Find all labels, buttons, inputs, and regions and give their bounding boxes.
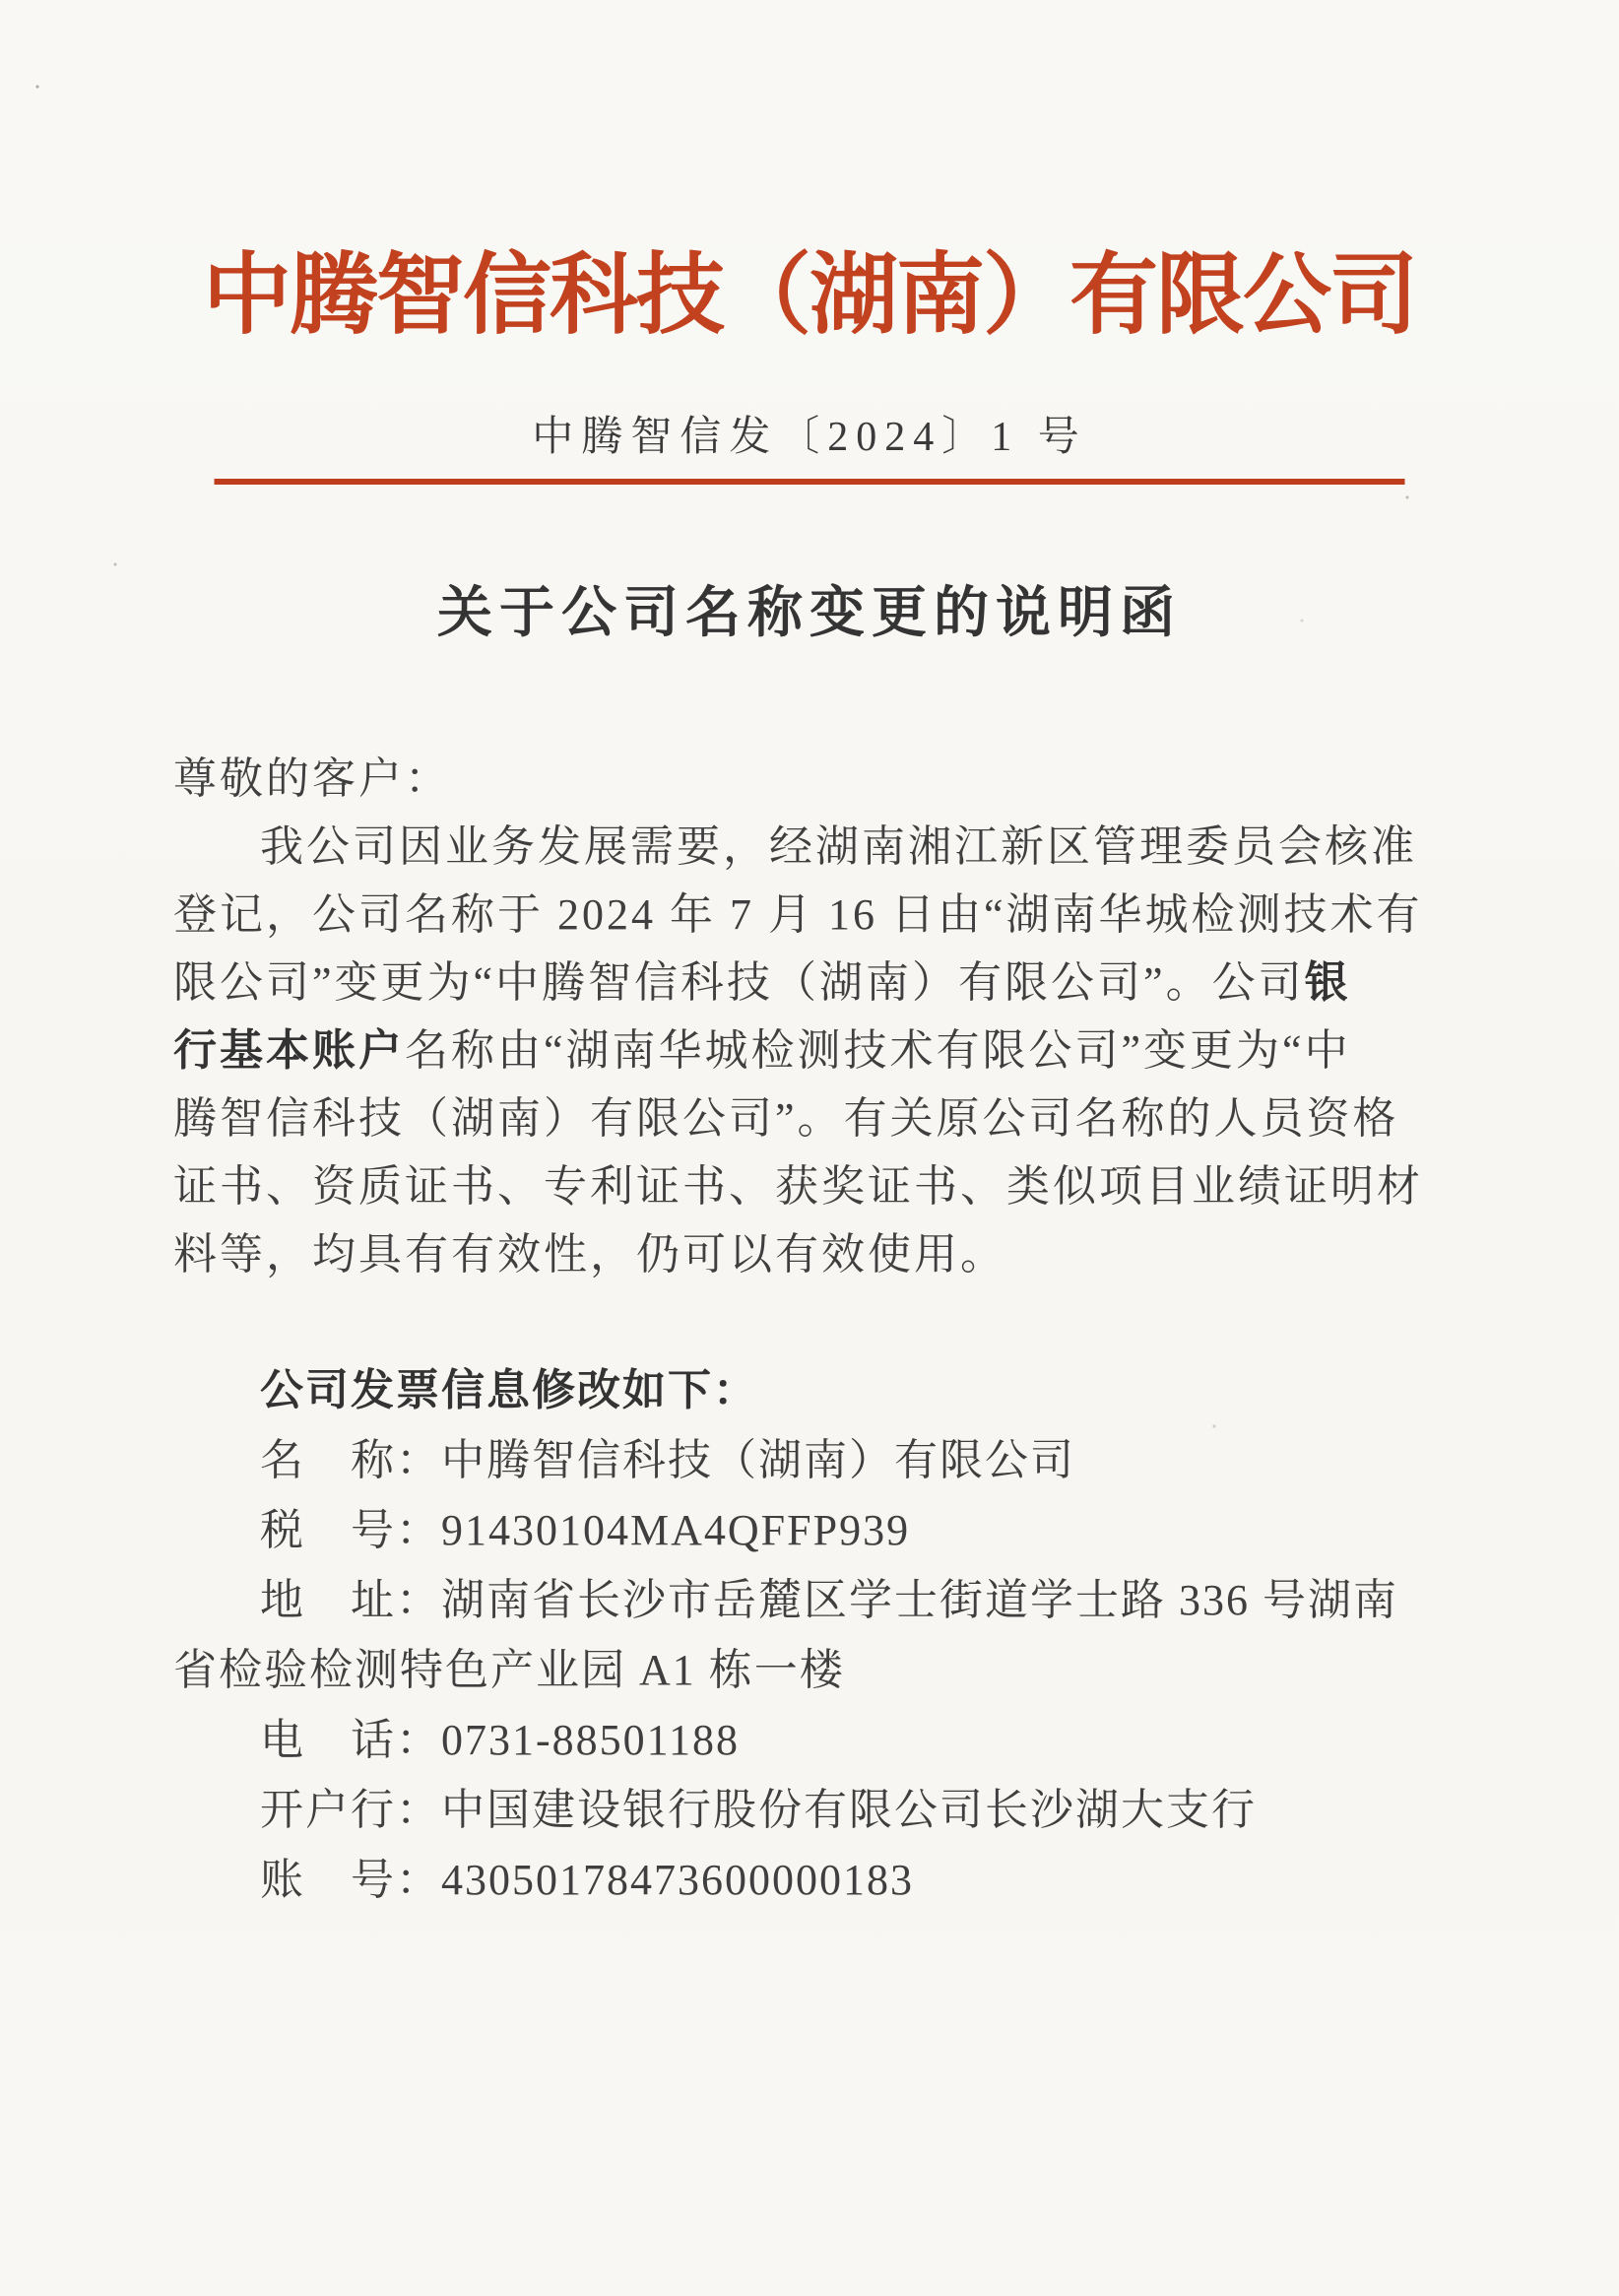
body-line: 尊敬的客户： <box>173 745 1454 813</box>
invoice-line: 开户行：中国建设银行股份有限公司长沙湖大支行 <box>173 1775 1454 1845</box>
invoice-line: 名 称：中腾智信科技（湖南）有限公司 <box>173 1425 1454 1495</box>
letterhead-rule <box>215 479 1405 485</box>
body-line: 我公司因业务发展需要，经湖南湘江新区管理委员会核准 <box>173 813 1454 881</box>
invoice-line: 账 号：43050178473600000183 <box>173 1845 1454 1915</box>
letterhead-company-name: 中腾智信科技（湖南）有限公司 <box>0 242 1619 351</box>
invoice-info-section: 公司发票信息修改如下： 名 称：中腾智信科技（湖南）有限公司税 号：914301… <box>173 1355 1454 1915</box>
invoice-lines: 名 称：中腾智信科技（湖南）有限公司税 号：91430104MA4QFFP939… <box>173 1425 1454 1915</box>
doc-number: 中腾智信发〔2024〕1 号 <box>0 408 1619 467</box>
body-line: 限公司”变更为“中腾智信科技（湖南）有限公司”。公司银 <box>173 949 1454 1017</box>
body-line: 登记，公司名称于 2024 年 7 月 16 日由“湖南华城检测技术有 <box>173 881 1454 949</box>
body-line: 料等，均具有有效性，仍可以有效使用。 <box>173 1220 1454 1288</box>
invoice-line: 地 址：湖南省长沙市岳麓区学士街道学士路 336 号湖南 <box>173 1565 1454 1635</box>
invoice-line: 省检验检测特色产业园 A1 栋一楼 <box>173 1635 1454 1705</box>
invoice-line: 电 话：0731-88501188 <box>173 1705 1454 1775</box>
body-line: 腾智信科技（湖南）有限公司”。有关原公司名称的人员资格 <box>173 1084 1454 1152</box>
document-title: 关于公司名称变更的说明函 <box>0 574 1619 653</box>
body-line: 行基本账户名称由“湖南华城检测技术有限公司”变更为“中 <box>173 1017 1454 1084</box>
invoice-section-header: 公司发票信息修改如下： <box>173 1355 1454 1425</box>
letter-body: 尊敬的客户：我公司因业务发展需要，经湖南湘江新区管理委员会核准登记，公司名称于 … <box>173 745 1454 1288</box>
invoice-line: 税 号：91430104MA4QFFP939 <box>173 1495 1454 1565</box>
document-page: 中腾智信科技（湖南）有限公司 中腾智信发〔2024〕1 号 关于公司名称变更的说… <box>0 0 1619 2296</box>
body-line: 证书、资质证书、专利证书、获奖证书、类似项目业绩证明材 <box>173 1152 1454 1220</box>
